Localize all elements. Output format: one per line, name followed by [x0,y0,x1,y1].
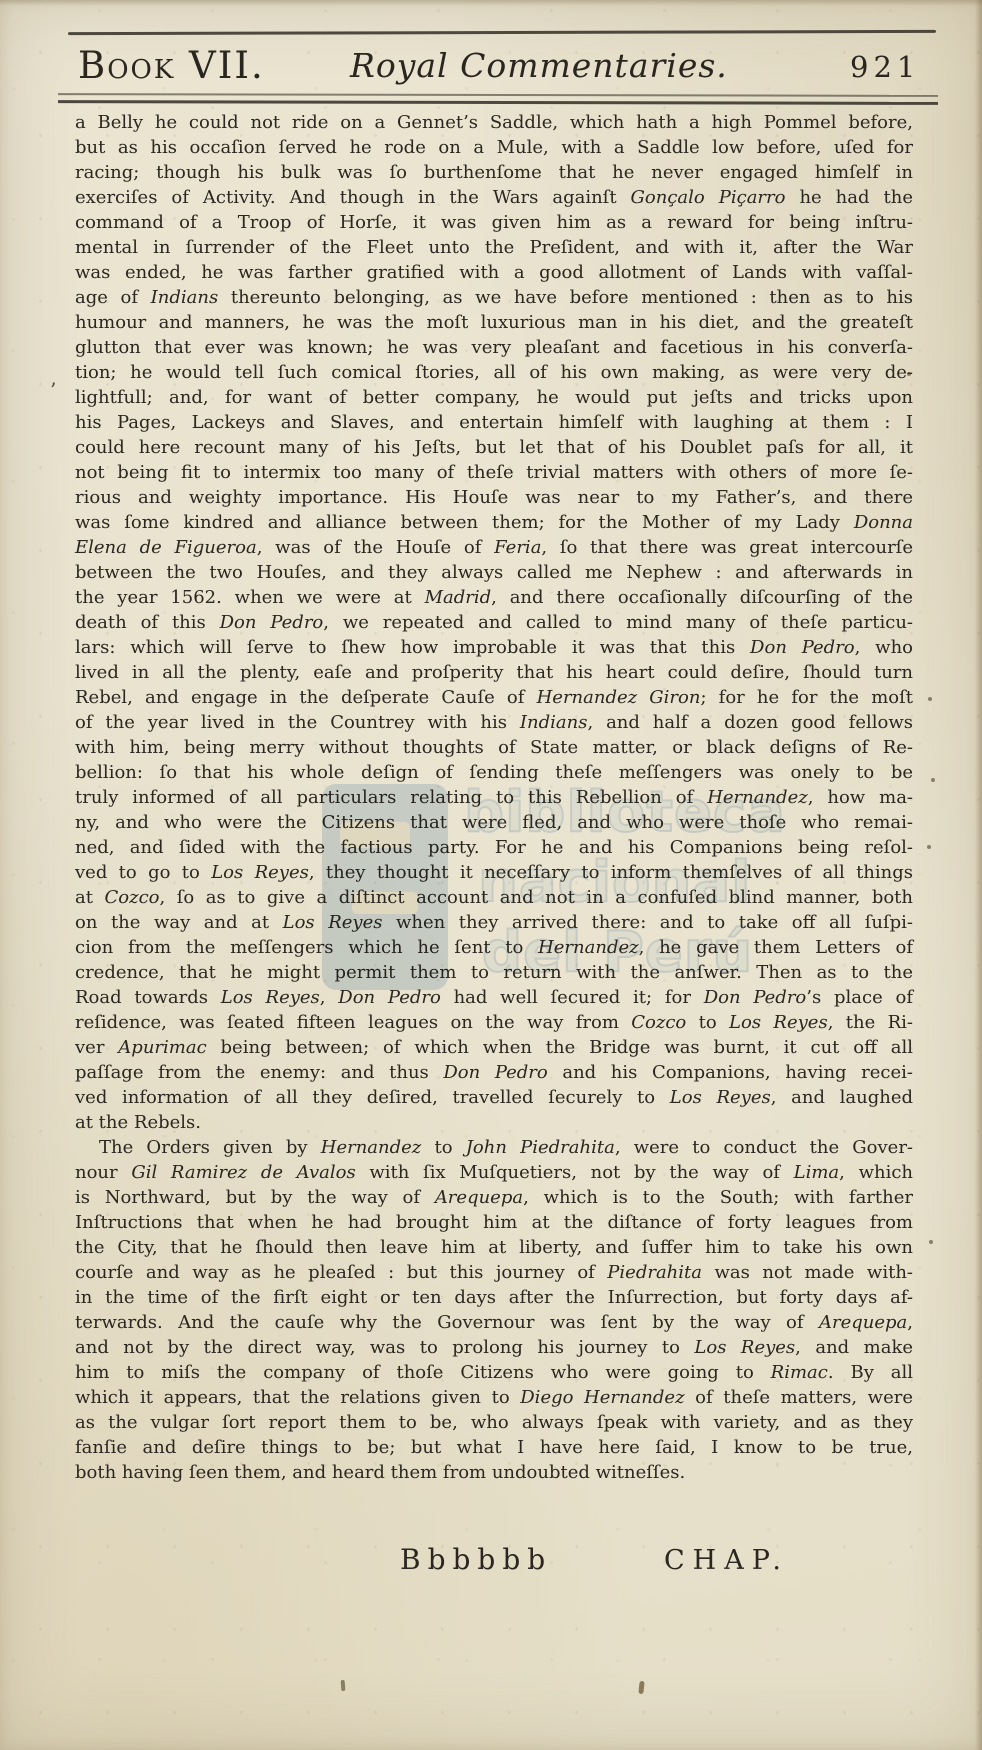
text-line: death of this Don Pedro, we repeated and… [75,610,913,635]
text-line: command of a Troop of Horſe, it was give… [75,210,913,235]
text-line: terwards. And the cauſe why the Governou… [75,1310,913,1335]
text-line: glutton that ever was known; he was very… [75,335,913,360]
text-line: truly informed of all particulars relati… [75,785,913,810]
ink-dot [931,778,935,782]
text-line: Inſtructions that when he had brought hi… [75,1210,913,1235]
ink-dot [929,1240,933,1244]
signature-mark: Bbbbbb [400,1543,552,1576]
text-line: reſidence, was ſeated fifteen leagues on… [75,1010,913,1035]
text-line: lightfull; and, for want of better compa… [75,385,913,410]
ink-speck [638,1681,644,1694]
text-line: ned, and ſided with the factious party. … [75,835,913,860]
paragraph: a Belly he could not ride on a Gennet’s … [75,110,913,1135]
text-line: Elena de Figueroa, was of the Houſe of F… [75,535,913,560]
text-line: cion from the meſſengers which he ſent t… [75,935,913,960]
text-line: in the time of the firſt eight or ten da… [75,1285,913,1310]
text-line: between the two Houſes, and they always … [75,560,913,585]
book-label: Book VII. [78,44,265,87]
text-line: rious and weighty importance. His Houſe … [75,485,913,510]
text-line: lars: which will ſerve to ſhew how impro… [75,635,913,660]
text-line: at Cozco, ſo as to give a diſtinct accou… [75,885,913,910]
text-line: ny, and who were the Citizens that were … [75,810,913,835]
text-line: both having ſeen them, and heard them fr… [75,1460,913,1485]
text-line: could here recount many of his Jeſts, bu… [75,435,913,460]
text-line: on the way and at Los Reyes when they ar… [75,910,913,935]
text-line: racing; though his bulk was ſo burthenſo… [75,160,913,185]
text-line: was ended, he was farther gratified with… [75,260,913,285]
text-line: not being fit to intermix too many of th… [75,460,913,485]
text-line: fanſie and deſire things to be; but what… [75,1435,913,1460]
text-line: courſe and way as he pleaſed : but this … [75,1260,913,1285]
running-title: Royal Commentaries. [350,46,728,85]
text-line: nour Gil Ramirez de Avalos with ſix Muſq… [75,1160,913,1185]
text-line: the City, that he ſhould then leave him … [75,1235,913,1260]
page-edge-shadow-right [975,0,982,1750]
text-line: paſſage from the enemy: and thus Don Ped… [75,1060,913,1085]
text-line: exerciſes of Activity. And though in the… [75,185,913,210]
text-line: ver Apurimac being between; of which whe… [75,1035,913,1060]
text-line: lived in all the plenty, eaſe and proſpe… [75,660,913,685]
page: Book VII. Royal Commentaries. 921 a Bell… [0,0,982,1750]
body-text: a Belly he could not ride on a Gennet’s … [75,110,913,1485]
text-line: and not by the direct way, was to prolon… [75,1335,913,1360]
page-number: 921 [850,50,920,84]
text-line: him to miſs the company of thoſe Citizen… [75,1360,913,1385]
catchword: CHAP. [664,1545,789,1576]
text-line: ved information of all they deſired, tra… [75,1085,913,1110]
text-line: ved to go to Los Reyes, they thought it … [75,860,913,885]
text-line: is Northward, but by the way of Arequepa… [75,1185,913,1210]
text-line: but as his occaſion ſerved he rode on a … [75,135,913,160]
text-line: of the year lived in the Countrey with h… [75,710,913,735]
text-line: credence, that he might permit them to r… [75,960,913,985]
text-line: with him, being merry without thoughts o… [75,735,913,760]
text-line: Road towards Los Reyes, Don Pedro had we… [75,985,913,1010]
text-line: a Belly he could not ride on a Gennet’s … [75,110,913,135]
text-line: was ſome kindred and alliance between th… [75,510,913,535]
header-rule-bottom-thin [58,93,938,97]
text-line: as the vulgar ſort report them to be, wh… [75,1410,913,1435]
text-line: Rebel, and engage in the deſperate Cauſe… [75,685,913,710]
text-line: The Orders given by Hernandez to John Pi… [75,1135,913,1160]
text-line: tion; he would tell ſuch comical ſtories… [75,360,913,385]
text-line: mental in ſurrender of the Fleet unto th… [75,235,913,260]
text-line: age of Indians thereunto belonging, as w… [75,285,913,310]
text-line: at the Rebels. [75,1110,913,1135]
paragraph: The Orders given by Hernandez to John Pi… [75,1135,913,1485]
text-line: which it appears, that the relations giv… [75,1385,913,1410]
header-rule-bottom-thick [58,100,938,104]
text-line: humour and manners, he was the moſt luxu… [75,310,913,335]
ink-speck [341,1680,346,1691]
ink-dot [928,697,932,701]
stray-ink-mark: ’ [50,378,56,402]
page-edge-shadow-top [0,0,982,6]
ink-dot [927,845,931,849]
header-rule-top [68,30,936,35]
text-line: his Pages, Lackeys and Slaves, and enter… [75,410,913,435]
text-line: the year 1562. when we were at Madrid, a… [75,585,913,610]
text-line: bellion: ſo that his whole deſign of ſen… [75,760,913,785]
